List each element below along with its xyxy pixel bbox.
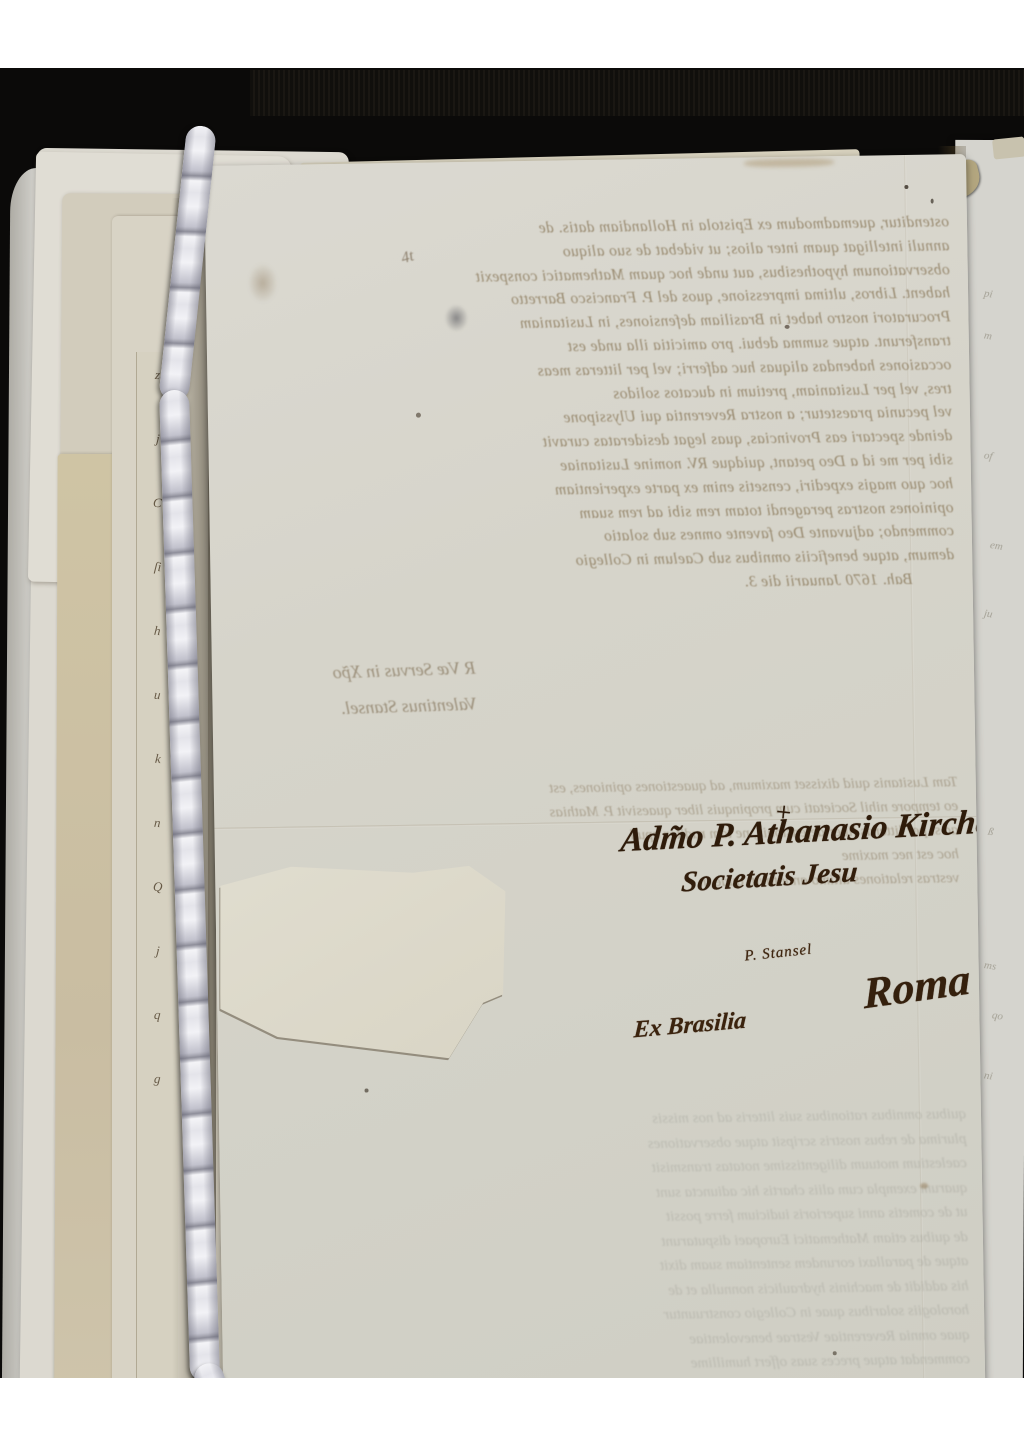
faint-ink-mark: ms [983, 959, 997, 973]
stain-spot [744, 158, 834, 167]
archival-annotation: P. Stansel [744, 942, 813, 966]
bleedthrough-line: Valentinus Stansel. [232, 686, 477, 730]
stain-spot [785, 325, 790, 329]
bleedthrough-bottom-text: quibus omnibus rationibus suis litteris … [274, 1102, 970, 1378]
stain-spot [931, 199, 934, 204]
stain-spot [904, 185, 908, 189]
edge-letter-glyph: j [155, 944, 160, 958]
edge-letter-glyph: ſi [153, 560, 161, 574]
manuscript-page: ostenditur, quemadmodum ex Epistola in H… [204, 154, 986, 1378]
faint-ink-mark: m [983, 329, 993, 342]
faint-ink-mark: pi [983, 287, 993, 300]
bleedthrough-signature: R Væ Servus in Xp̃oValentinus Stansel. [231, 650, 477, 730]
scanned-manuscript-photo: zjCſihuknQjqg pimofemjußmsqonicuica oste… [0, 0, 1024, 1448]
faint-ink-mark: of [983, 449, 993, 462]
edge-letter-glyph: j [155, 432, 160, 446]
edge-letter-glyph: C [153, 496, 163, 511]
faint-ink-mark: qo [991, 1009, 1004, 1023]
photo-area: zjCſihuknQjqg pimofemjußmsqonicuica oste… [0, 68, 1024, 1378]
stain-spot [365, 1089, 369, 1093]
patch-smudge [444, 304, 468, 332]
faint-ink-mark: ju [983, 607, 993, 620]
edge-letter-glyph: Q [152, 880, 162, 895]
destination-roma: Roma [863, 953, 971, 1019]
edge-letter-glyph: g [154, 1072, 161, 1086]
repair-patch [213, 849, 516, 1069]
edge-letter-glyph: q [154, 1008, 161, 1022]
faint-ink-mark: ni [983, 1069, 993, 1082]
book-cover-cloth [250, 70, 1024, 116]
edge-letter-glyph: u [154, 688, 161, 702]
patch-smudge [248, 263, 279, 303]
stain-spot [416, 413, 421, 418]
bleedthrough-main-text: ostenditur, quemadmodum ex Epistola in H… [235, 210, 955, 602]
edge-letter-glyph: h [154, 624, 161, 638]
faint-ink-mark: ß [987, 826, 994, 839]
faint-ink-mark: em [989, 539, 1004, 553]
stain-spot [833, 1351, 837, 1355]
origin-ex-brasilia: Ex Brasilia [633, 1008, 747, 1045]
edge-letter-glyph: n [154, 816, 161, 830]
edge-letter-glyph: k [154, 752, 161, 766]
